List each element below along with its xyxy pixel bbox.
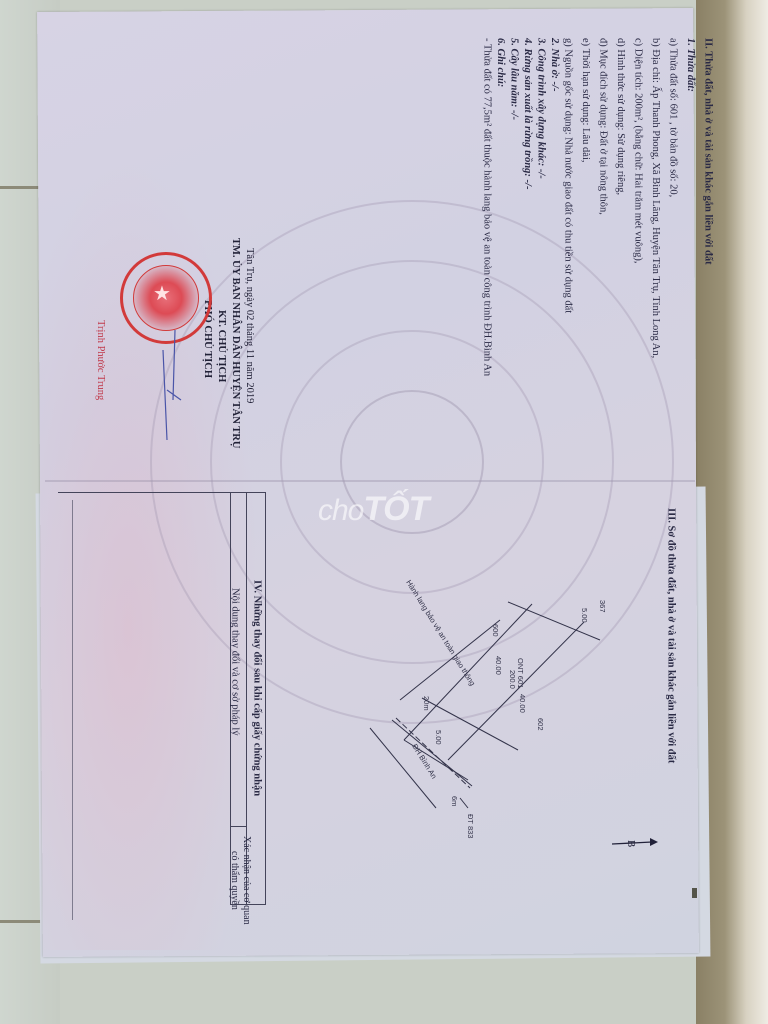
section-4-title: IV. Những thay đổi sau khi cấp giấy chứn…	[250, 580, 264, 796]
usage-origin-line: g) Nguồn gốc sử dụng: Nhà nước giao đất …	[561, 38, 575, 458]
usage-form-line: d) Hình thức sử dụng: Sử dụng riêng,	[614, 38, 628, 458]
table-border	[58, 492, 266, 493]
road-destination-label: ĐT 833	[466, 814, 475, 838]
usage-term-line: e) Thời hạn sử dụng: Lâu dài,	[579, 38, 593, 458]
parcel-area-label: 200.0	[508, 670, 517, 689]
table-border	[265, 492, 266, 904]
parcel-map-diagram: 367 5.00 600 40.00 ONT 601 200.0 40.00 6…	[360, 560, 660, 860]
subsection-4-forest: 4. Rừng sản xuất là rừng trồng: -/-	[521, 38, 535, 458]
usage-purpose-line: đ) Mục đích sử dụng: Đất ở tại nông thôn…	[596, 38, 610, 458]
subsection-3-other-construction: 3. Công trình xây dựng khác: -/-	[534, 38, 548, 458]
area-line: c) Diện tích: 200m², (bằng chữ: Hai trăm…	[631, 38, 645, 458]
side-length-label: 40.00	[494, 656, 503, 675]
table-border	[72, 500, 73, 920]
section-2-title: II. Thửa đất, nhà ở và tài sản khác gắn …	[701, 38, 715, 458]
confirmation-line-1: Xác nhận của cơ quan	[240, 836, 252, 925]
address-line: b) Địa chỉ: Ấp Thanh Phong, Xã Bình Lãng…	[649, 38, 663, 458]
neighbor-parcel-367: 367	[598, 600, 607, 613]
subsection-5-perennial-trees: 5. Cây lâu năm: -/-	[507, 38, 521, 458]
signer-kt-title: KT. CHỦ TỊCH	[214, 238, 228, 448]
north-arrow-icon: B	[612, 836, 658, 852]
side-length-label: 5.00	[434, 730, 443, 745]
signer-name: Trịnh Phước Trung	[95, 320, 106, 400]
road-label: ĐH Bình An	[410, 742, 438, 780]
chotot-watermark-logo: choTỐT	[318, 490, 428, 529]
star-icon: ★	[153, 281, 171, 306]
table-border	[230, 826, 246, 827]
side-length-label: 5.00	[580, 608, 589, 623]
subsection-6-notes: 6. Ghi chú:	[494, 38, 508, 458]
confirmation-line-2: có thẩm quyền	[228, 836, 240, 925]
svg-text:B: B	[625, 840, 637, 847]
road-arrow	[460, 798, 468, 808]
section-2-land-parcel: II. Thửa đất, nhà ở và tài sản khác gắn …	[480, 38, 715, 458]
distance-label-20m: 20m	[422, 696, 431, 711]
parcel-number-line: a) Thửa đất số: 601 , tờ bản đồ số: 20,	[666, 38, 680, 458]
subsection-1-title: 1. Thửa đất:	[684, 38, 698, 458]
subsection-2-house: 2. Nhà ở: -/-	[548, 38, 562, 458]
watermark-part-1: cho	[318, 494, 363, 527]
watermark-part-2: TỐT	[363, 490, 428, 528]
neighbor-parcel-600: 600	[491, 624, 500, 637]
distance-label-6m: 6m	[450, 796, 459, 806]
binder-clip	[692, 888, 697, 898]
issue-date: Tân Trụ, ngày 02 tháng 11 năm 2019	[242, 238, 256, 448]
note-line: - Thửa đất có 77,5m² đất thuộc hành lang…	[480, 38, 494, 458]
neighbor-parcel-602: 602	[536, 718, 545, 731]
side-length-label: 40.00	[518, 694, 527, 713]
section-3-title: III. Sơ đồ thửa đất, nhà ở và tài sản kh…	[664, 508, 678, 763]
handwritten-signature	[155, 330, 185, 450]
table-column-header-changes: Nội dung thay đổi và cơ sở pháp lý	[228, 588, 242, 736]
signature-block: Tân Trụ, ngày 02 tháng 11 năm 2019 TM. Ủ…	[200, 238, 256, 448]
table-column-header-confirmation: Xác nhận của cơ quan có thẩm quyền	[228, 836, 252, 925]
issuing-authority: TM. ỦY BAN NHÂN DÂN HUYỆN TÂN TRỤ	[228, 238, 242, 448]
corridor-label: Hành lang bảo vệ an toàn giao thông	[404, 578, 477, 687]
